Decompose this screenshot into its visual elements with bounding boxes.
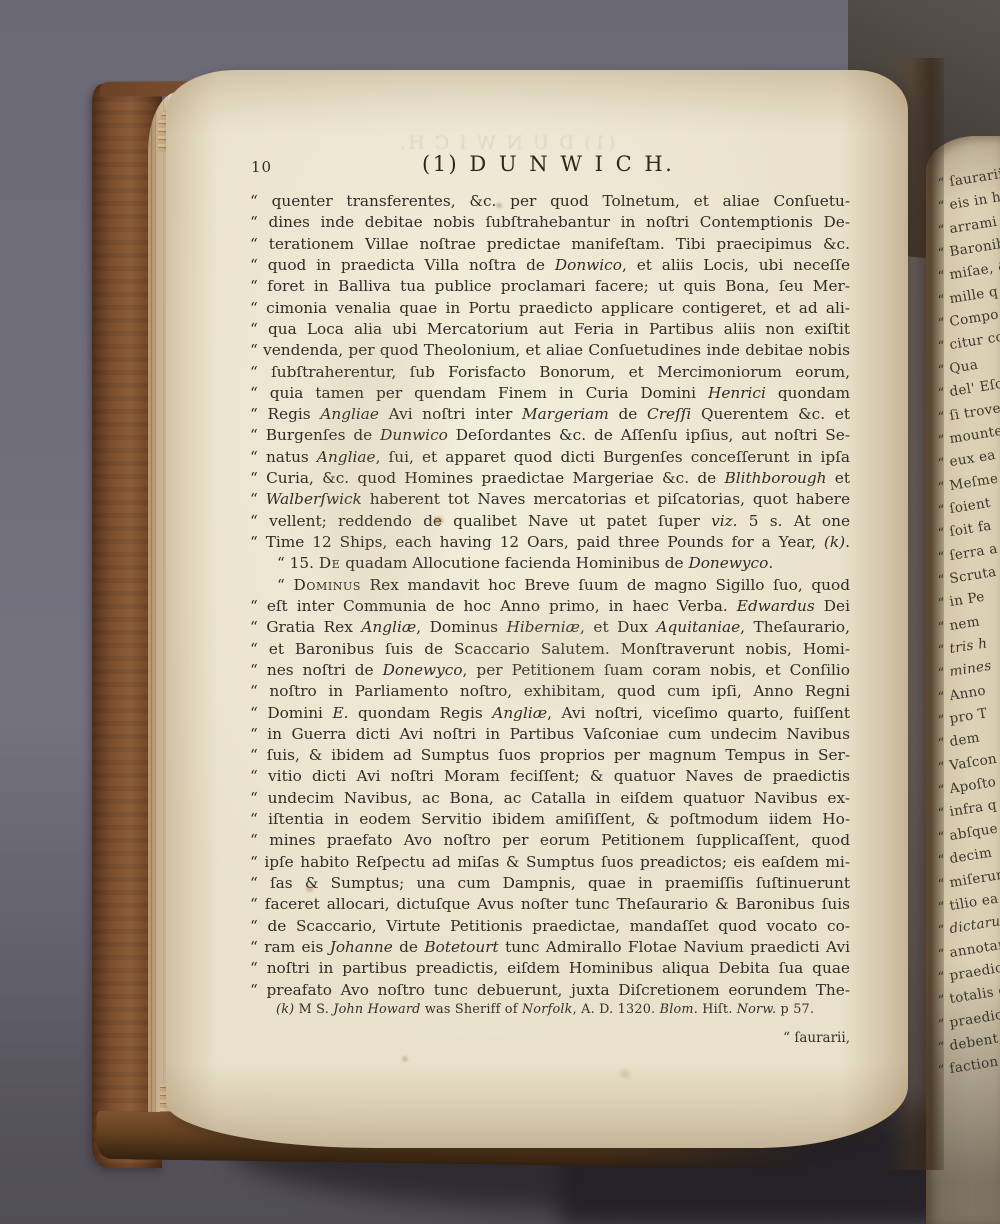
facing-text-fragment: “ ſoient xyxy=(937,495,992,519)
facing-text-fragment: “ ſaurarii xyxy=(937,166,1000,192)
text-line: “ ſubſtraherentur, ſub Forisfacto Bonoru… xyxy=(250,362,850,383)
fox-spot xyxy=(402,1056,408,1062)
text-line: “ foret in Balliva tua publice proclamar… xyxy=(250,276,850,297)
facing-text-fragment: “ abſque xyxy=(937,820,999,845)
text-line: “ Curia, &c. quod Homines praedictae Mar… xyxy=(250,468,850,489)
text-line: “ iſtentia in eodem Servitio ibidem amiſ… xyxy=(250,809,850,830)
facing-text-fragment: “ Anno xyxy=(937,682,987,705)
text-line: “ quod in praedicta Villa noſtra de Donw… xyxy=(250,255,850,276)
facing-text-fragment: “ ſoit fa xyxy=(937,518,993,542)
text-line: “ dines inde debitae nobis ſubſtrahebant… xyxy=(250,212,850,233)
facing-text-fragment: “ debent, xyxy=(937,1030,1000,1056)
facing-text-fragment: “ ſi trove xyxy=(937,400,1000,426)
fox-spot xyxy=(620,1070,630,1078)
facing-text-fragment: “ mines xyxy=(937,658,993,682)
text-line: “ Walberſwick haberent tot Naves mercato… xyxy=(250,489,850,510)
text-line: “ quia tamen per quendam Finem in Curia … xyxy=(250,383,850,404)
facing-text-fragment: “ miſerun xyxy=(937,866,1000,892)
facing-text-fragment: “ totalis e xyxy=(937,982,1000,1009)
facing-text-fragment: “ arrami xyxy=(937,213,998,238)
text-line: “ Time 12 Ships, each having 12 Oars, pa… xyxy=(250,532,850,553)
text-line: “ Dominus Rex mandavit hoc Breve ſuum de… xyxy=(250,575,850,596)
text-line: “ cimonia venalia quae in Portu praedict… xyxy=(250,298,850,319)
text-line: “ ſas & Sumptus; una cum Dampnis, quae i… xyxy=(250,873,850,894)
text-line: “ ipſe habito Reſpectu ad miſas & Sumptu… xyxy=(250,852,850,873)
text-line: “ ſuis, & ibidem ad Sumptus ſuos proprio… xyxy=(250,745,850,766)
text-line: “ vitio dicti Avi noſtri Moram feciſſent… xyxy=(250,766,850,787)
facing-text-fragment: “ Compo xyxy=(937,307,1000,332)
text-line: “ noſtro in Parliamento noſtro, exhibita… xyxy=(250,681,850,702)
text-line: “ mines praefato Avo noſtro per eorum Pe… xyxy=(250,830,850,851)
facing-text-fragment: “ mille q xyxy=(937,283,999,308)
book-page: (1) D U N W I C H. 10 (1) D U N W I C H.… xyxy=(166,70,908,1148)
facing-text-fragment: “ infra q xyxy=(937,797,998,822)
facing-text-fragment: “ praedict xyxy=(937,959,1000,986)
facing-text-fragment: “ in Pe xyxy=(937,589,986,612)
facing-text-fragment: “ dictarun xyxy=(937,912,1000,939)
text-line: “ eſt inter Communia de hoc Anno primo, … xyxy=(250,596,850,617)
body-text: “ quenter transferentes, &c. per quod To… xyxy=(250,191,850,1001)
facing-text-fragment: “ decim xyxy=(937,845,993,869)
facing-text-fragment: “ ſerra a xyxy=(937,540,999,565)
facing-text-fragment: “ Apoſto xyxy=(937,774,997,799)
facing-text-fragment: “ del' Eſc xyxy=(937,376,1000,402)
text-line: “ faceret allocari, dictuſque Avus noſte… xyxy=(250,894,850,915)
footnote: (k) M S. John Howard was Sheriff of Norf… xyxy=(276,1002,862,1017)
facing-text-fragment: “ Scruta xyxy=(937,564,998,589)
facing-text-fragment: “ miſae, & xyxy=(937,258,1000,285)
show-through-ghost-text: (1) D U N W I C H. xyxy=(398,132,615,154)
facing-text-fragment: “ praedict xyxy=(937,1006,1000,1033)
facing-text-fragment: “ annotan xyxy=(937,936,1000,963)
text-line: “ Gratia Rex Angliæ, Dominus Hiberniæ, e… xyxy=(250,617,850,638)
text-line: “ et Baronibus ſuis de Scaccario Salutem… xyxy=(250,639,850,660)
photo-of-open-book: “ ſaurarii“ eis in h“ arrami“ Baronib“ m… xyxy=(0,0,1000,1224)
text-line: “ de Scaccario, Virtute Petitionis praed… xyxy=(250,916,850,937)
text-line: “ vendenda, per quod Theolonium, et alia… xyxy=(250,340,850,361)
text-line: “ undecim Navibus, ac Bona, ac Catalla i… xyxy=(250,788,850,809)
facing-text-fragment: “ pro T xyxy=(937,705,989,729)
text-line: “ quenter transferentes, &c. per quod To… xyxy=(250,191,850,212)
text-line: “ preafato Avo noſtro tunc debuerunt, ju… xyxy=(250,980,850,1001)
text-line: “ ram eis Johanne de Botetourt tunc Admi… xyxy=(250,937,850,958)
text-line: “ vellent; reddendo de qualibet Nave ut … xyxy=(250,511,850,532)
facing-text-fragment: “ tris h xyxy=(937,635,989,659)
text-line: “ natus Angliae, ſui, et apparet quod di… xyxy=(250,447,850,468)
page-title: (1) D U N W I C H. xyxy=(422,152,674,176)
text-line: “ 15. De quadam Allocutione facienda Hom… xyxy=(250,553,850,574)
facing-text-fragment: “ eux ea xyxy=(937,447,997,472)
facing-text-fragment: “ mounte xyxy=(937,423,1000,449)
page-number: 10 xyxy=(251,158,272,176)
facing-text-fragment: “ citur co xyxy=(937,329,1000,355)
facing-text-fragment: “ tilio ea xyxy=(937,890,1000,915)
facing-text-fragment: “ Baronib xyxy=(937,235,1000,261)
facing-text-fragment: “ faction xyxy=(937,1054,1000,1079)
text-line: “ in Guerra dicti Avi noſtri in Partibus… xyxy=(250,724,850,745)
facing-text-fragment: “ Meſme xyxy=(937,470,1000,495)
text-line: “ Burgenſes de Dunwico Deſordantes &c. d… xyxy=(250,425,850,446)
facing-text-fragment: “ Vaſcon xyxy=(937,751,998,776)
text-line: “ nes noſtri de Donewyco, per Petitionem… xyxy=(250,660,850,681)
text-line: “ Regis Angliae Avi noſtri inter Margeri… xyxy=(250,404,850,425)
facing-text-fragment: “ eis in h xyxy=(937,189,1000,215)
text-line: “ noſtri in partibus preadictis, eiſdem … xyxy=(250,958,850,979)
text-line: “ terationem Villae noſtrae predictae ma… xyxy=(250,234,850,255)
catchword: “ ſaurarii, xyxy=(250,1030,850,1046)
text-line: “ Domini E. quondam Regis Angliæ, Avi no… xyxy=(250,703,850,724)
text-line: “ qua Loca alia ubi Mercatorium aut Feri… xyxy=(250,319,850,340)
